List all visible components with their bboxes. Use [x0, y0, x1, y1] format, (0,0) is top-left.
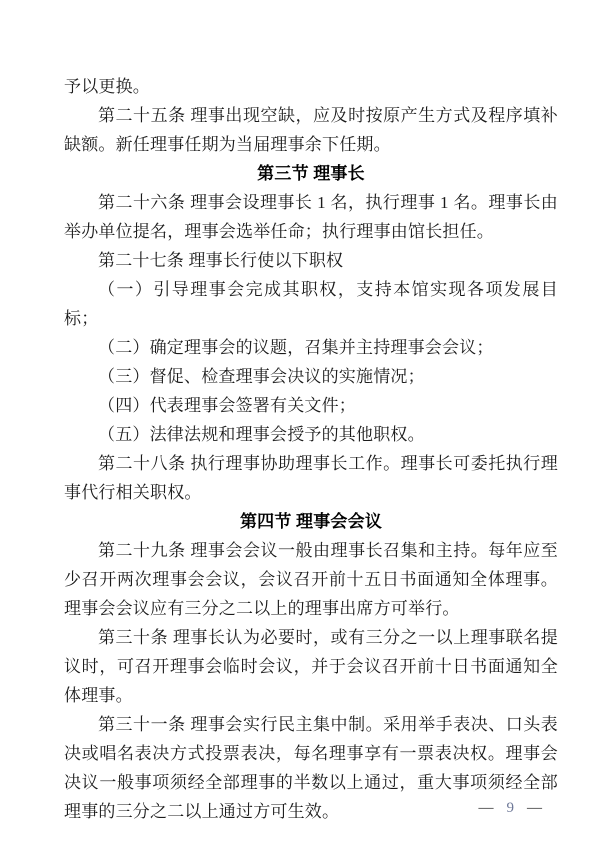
- page-footer: — 9 —: [64, 799, 546, 817]
- paragraph-continuation: 予以更换。: [64, 72, 558, 101]
- paragraph-item-5: （五）法律法规和理事会授予的其他职权。: [64, 420, 558, 449]
- paragraph-article-30: 第三十条 理事长认为必要时，或有三分之一以上理事联名提议时，可召开理事会临时会议…: [64, 623, 558, 710]
- paragraph-article-25: 第二十五条 理事出现空缺，应及时按原产生方式及程序填补缺额。新任理事任期为当届理…: [64, 101, 558, 159]
- paragraph-article-27: 第二十七条 理事长行使以下职权: [64, 246, 558, 275]
- paragraph-article-26: 第二十六条 理事会设理事长 1 名，执行理事 1 名。理事长由举办单位提名，理事…: [64, 188, 558, 246]
- document-body: 予以更换。 第二十五条 理事出现空缺，应及时按原产生方式及程序填补缺额。新任理事…: [64, 72, 558, 826]
- section-heading-4: 第四节 理事会会议: [64, 507, 558, 536]
- paragraph-item-4: （四）代表理事会签署有关文件；: [64, 391, 558, 420]
- footer-left-dash: —: [479, 799, 494, 817]
- paragraph-item-2: （二）确定理事会的议题，召集并主持理事会会议；: [64, 333, 558, 362]
- paragraph-article-29: 第二十九条 理事会会议一般由理事长召集和主持。每年应至少召开两次理事会会议，会议…: [64, 536, 558, 623]
- paragraph-item-3: （三）督促、检查理事会决议的实施情况；: [64, 362, 558, 391]
- page-number: 9: [507, 799, 515, 817]
- paragraph-article-28: 第二十八条 执行理事协助理事长工作。理事长可委托执行理事代行相关职权。: [64, 449, 558, 507]
- document-page: 予以更换。 第二十五条 理事出现空缺，应及时按原产生方式及程序填补缺额。新任理事…: [0, 0, 608, 860]
- paragraph-item-1: （一）引导理事会完成其职权，支持本馆实现各项发展目标；: [64, 275, 558, 333]
- footer-right-dash: —: [527, 799, 542, 817]
- section-heading-3: 第三节 理事长: [64, 159, 558, 188]
